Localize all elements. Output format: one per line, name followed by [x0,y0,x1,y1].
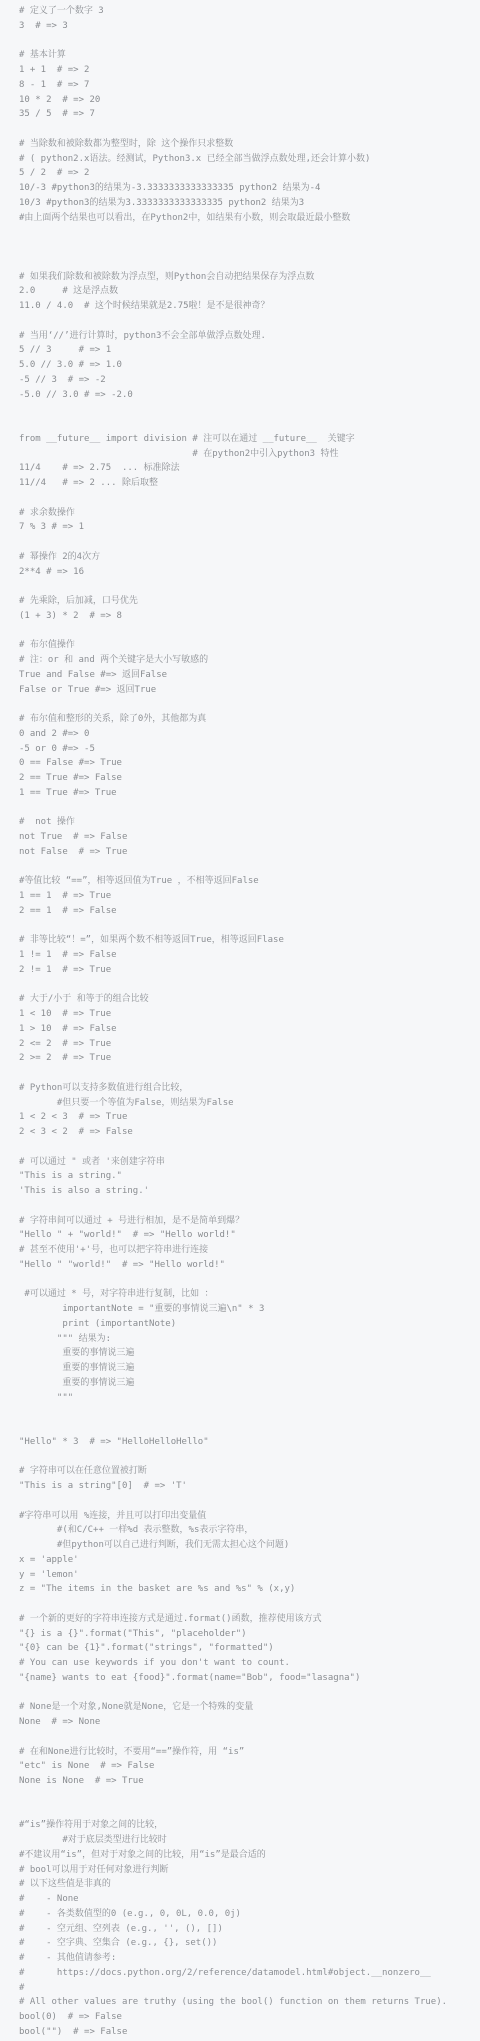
code-line: 11//4 # => 2 ... 除后取整 [19,476,480,491]
comment-line: #但python可以自己进行判断，我们无需太担心这个问题) [19,1538,480,1553]
blank-line [19,697,480,712]
code-line: 5.0 // 3.0 # => 1.0 [19,358,480,373]
code-line: 2 >= 2 # => True [19,1051,480,1066]
code-line: 0 == False #=> True [19,756,480,771]
comment-line: # ( python2.x语法。经测试，Python3.x 已经全部当做浮点数处… [19,152,480,167]
code-line: y = 'lemon' [19,1568,480,1583]
comment-line: # 如果我们除数和被除数为浮点型，则Python会自动把结果保存为浮点数 [19,270,480,285]
comment-line: # - 空字典、空集合 (e.g., {}, set()) [19,1936,480,1951]
comment-line: # 幂操作 2的4次方 [19,550,480,565]
code-line: 2 == 1 # => False [19,904,480,919]
code-line: 1 == 1 # => True [19,889,480,904]
blank-line [19,1273,480,1288]
code-line: not True # => False [19,830,480,845]
comment-line: #(和C/C++ 一样%d 表示整数，%s表示字符串， [19,1523,480,1538]
code-line: "Hello" * 3 # => "HelloHelloHello" [19,1435,480,1450]
comment-line: # 当用‘//’进行计算时，python3不会全部单做浮点数处理. [19,329,480,344]
comment-line: # 一个新的更好的字符串连接方式是通过.format()函数，推荐使用该方式 [19,1612,480,1627]
code-line: 2 <= 2 # => True [19,1037,480,1052]
comment-line: # bool可以用于对任何对象进行判断 [19,1863,480,1878]
comment-line: # - 各类数值型的0 (e.g., 0, 0L, 0.0, 0j) [19,1907,480,1922]
blank-line [19,978,480,993]
code-line: 3 # => 3 [19,19,480,34]
blank-line [19,535,480,550]
blank-line [19,801,480,816]
code-line: "etc" is None # => False [19,1759,480,1774]
blank-line [19,1804,480,1819]
comment-line: # 当除数和被除数都为整型时，除 这个操作只求整数 [19,137,480,152]
code-line: bool("") # => False [19,2025,480,2040]
comment-line: #由上面两个结果也可以看出，在Python2中，如结果有小数，则会取最近最小整数 [19,211,480,226]
comment-line: # 以下这些值是非真的 [19,1877,480,1892]
comment-line: # 甚至不使用'+'号，也可以把字符串进行连接 [19,1243,480,1258]
blank-line [19,919,480,934]
comment-line: # https://docs.python.org/2/reference/da… [19,1966,480,1981]
comment-line: # 注：or 和 and 两个关键字是大小写敏感的 [19,653,480,668]
blank-line [19,1420,480,1435]
blank-line [19,491,480,506]
code-line: 11.0 / 4.0 # 这个时候结果就是2.75啦！是不是很神奇？ [19,299,480,314]
code-line: 1 == True #=> True [19,786,480,801]
comment-line: # 字符串可以在任意位置被打断 [19,1464,480,1479]
code-line: "{0} can be {1}".format("strings", "form… [19,1641,480,1656]
code-line: 0 and 2 #=> 0 [19,727,480,742]
blank-line [19,240,480,255]
code-line: 重要的事情说三遍 [19,1376,480,1391]
code-line: 1 > 10 # => False [19,1022,480,1037]
code-line: 重要的事情说三遍 [19,1346,480,1361]
code-line: False or True #=> 返回True [19,683,480,698]
code-line: "Hello " + "world!" # => "Hello world!" [19,1228,480,1243]
comment-line: # - 其他值请参考: [19,1951,480,1966]
code-line: 'This is also a string.' [19,1184,480,1199]
blank-line [19,417,480,432]
blank-line [19,1066,480,1081]
code-snippet: # 定义了一个数字 33 # => 3# 基本计算1 + 1 # => 28 -… [0,0,480,2041]
blank-line [19,1199,480,1214]
code-line: bool(0) # => False [19,2010,480,2025]
comment-line: # 字符串间可以通过 + 号进行相加，是不是简单到爆？ [19,1214,480,1229]
code-line: -5 // 3 # => -2 [19,373,480,388]
blank-line [19,1405,480,1420]
code-line: "This is a string." [19,1169,480,1184]
comment-line: # 大于/小于 和等于的组合比较 [19,992,480,1007]
code-line: 2 != 1 # => True [19,963,480,978]
blank-line [19,34,480,49]
code-line: print (importantNote) [19,1317,480,1332]
code-line: "This is a string"[0] # => 'T' [19,1479,480,1494]
comment-line: #可以通过 * 号，对字符串进行复制，比如 ： [19,1287,480,1302]
code-line: None is None # => True [19,1774,480,1789]
code-line: 10 * 2 # => 20 [19,93,480,108]
blank-line [19,579,480,594]
code-line: 2**4 # => 16 [19,565,480,580]
comment-line: # not 操作 [19,815,480,830]
blank-line [19,314,480,329]
code-line: importantNote = "重要的事情说三遍\n" * 3 [19,1302,480,1317]
comment-line: #但只要一个等值为False，则结果为False [19,1096,480,1111]
code-line: 5 // 3 # => 1 [19,343,480,358]
code-line: x = 'apple' [19,1553,480,1568]
code-line: 10/3 #python3的结果为3.3333333333333335 pyth… [19,196,480,211]
comment-line: #不建议用“is”，但对于对象之间的比较，用“is”是最合适的 [19,1848,480,1863]
comment-line: # 可以通过 " 或者 '来创建字符串 [19,1155,480,1170]
blank-line [19,225,480,240]
comment-line: # 非等比较“！=”，如果两个数不相等返回True，相等返回Flase [19,933,480,948]
code-line: True and False #=> 返回False [19,668,480,683]
comment-line: # All other values are truthy (using the… [19,1995,480,2010]
code-line: """ 结果为: [19,1332,480,1347]
comment-line: #等值比较 “==”，相等返回值为True ，不相等返回False [19,874,480,889]
code-line: "{name} wants to eat {food}".format(name… [19,1671,480,1686]
code-line: (1 + 3) * 2 # => 8 [19,609,480,624]
comment-line: # You can use keywords if you don't want… [19,1656,480,1671]
code-line: 11/4 # => 2.75 ... 标准除法 [19,461,480,476]
comment-line: # 求余数操作 [19,506,480,521]
code-line: 2 < 3 < 2 # => False [19,1125,480,1140]
comment-line: #“is”操作符用于对象之间的比较， [19,1818,480,1833]
code-line: not False # => True [19,845,480,860]
code-line: 1 + 1 # => 2 [19,63,480,78]
code-line: 35 / 5 # => 7 [19,107,480,122]
code-line: z = "The items in the basket are %s and … [19,1582,480,1597]
blank-line [19,1494,480,1509]
comment-line: # 在python2中引入python3 特性 [19,447,480,462]
code-line: 8 - 1 # => 7 [19,78,480,93]
comment-line: # Python可以支持多数值进行组合比较， [19,1081,480,1096]
comment-line: # 定义了一个数字 3 [19,4,480,19]
blank-line [19,1686,480,1701]
comment-line: # 布尔值和整形的关系，除了0外，其他都为真 [19,712,480,727]
blank-line [19,624,480,639]
comment-line: #字符串可以用 %连接，并且可以打印出变量值 [19,1509,480,1524]
code-line: 1 != 1 # => False [19,948,480,963]
comment-line: # 布尔值操作 [19,638,480,653]
comment-line: # 在和None进行比较时，不要用“==”操作符，用 “is” [19,1745,480,1760]
blank-line [19,860,480,875]
code-line: 1 < 2 < 3 # => True [19,1110,480,1125]
blank-line [19,1789,480,1804]
code-line: 7 % 3 # => 1 [19,520,480,535]
code-line: 5 / 2 # => 2 [19,166,480,181]
blank-line [19,1597,480,1612]
comment-line: # [19,1981,480,1996]
comment-line: # - None [19,1892,480,1907]
code-line: """ [19,1391,480,1406]
code-line: 重要的事情说三遍 [19,1361,480,1376]
comment-line: # 基本计算 [19,48,480,63]
comment-line: # None是一个对象,None就是None，它是一个特殊的变量 [19,1700,480,1715]
code-line: 10/-3 #python3的结果为-3.3333333333333335 py… [19,181,480,196]
code-line: "Hello " "world!" # => "Hello world!" [19,1258,480,1273]
blank-line [19,1730,480,1745]
blank-line [19,1450,480,1465]
code-line: None # => None [19,1715,480,1730]
blank-line [19,1140,480,1155]
code-line: -5.0 // 3.0 # => -2.0 [19,388,480,403]
comment-line: # 先乘除，后加减，口号优先 [19,594,480,609]
code-line: 1 < 10 # => True [19,1007,480,1022]
comment-line: # - 空元组、空列表 (e.g., '', (), []) [19,1922,480,1937]
code-line: from __future__ import division # 注可以在通过… [19,432,480,447]
blank-line [19,122,480,137]
code-line: 2 == True #=> False [19,771,480,786]
comment-line: #对于底层类型进行比较时 [19,1833,480,1848]
code-line: 2.0 # 这是浮点数 [19,284,480,299]
code-line: -5 or 0 #=> -5 [19,742,480,757]
code-line: "{} is a {}".format("This", "placeholder… [19,1627,480,1642]
blank-line [19,255,480,270]
blank-line [19,402,480,417]
